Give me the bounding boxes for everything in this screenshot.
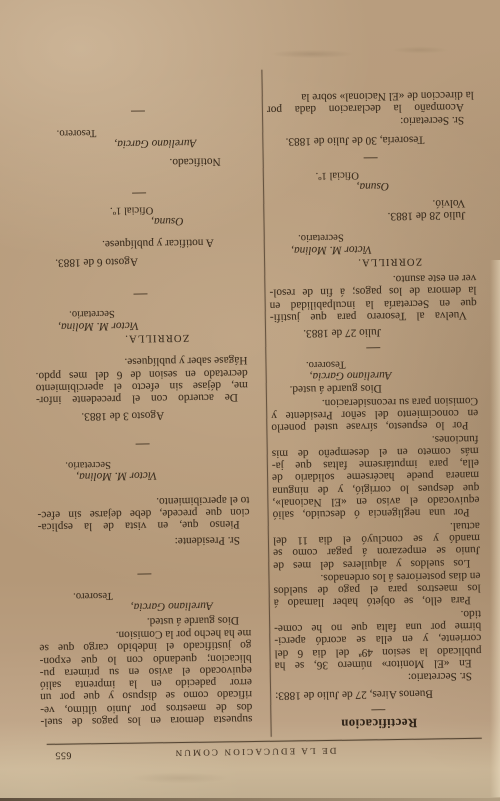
signature-name: Victor M. Molina,: [37, 469, 157, 483]
text-line: A notificar y publíquese.: [34, 236, 214, 251]
paragraph: En «El Monitor» número 36, se hapublicad…: [274, 607, 482, 671]
signature-role: Secretario.: [269, 231, 344, 244]
signature-name: Aureliano Garcia,: [271, 369, 392, 383]
official-signature: ZORRILLA.Victor M. Molina,Secretario.: [269, 229, 476, 269]
text-line: Agosto 3 de 1883.: [36, 408, 164, 422]
paragraph: Vuelva al Tesorero para que justifi-que …: [269, 272, 477, 324]
signature: Victor M. Molina,Secretario.: [37, 456, 249, 484]
signature-role: Tesorero.: [39, 589, 113, 602]
text-line: Julio 27 de 1883.: [270, 326, 381, 340]
signature-role: Oficial 1º.: [33, 203, 153, 217]
section-divider-dash: [37, 442, 249, 446]
paragraph: Pienso que, en vista de la esplica-cion …: [37, 493, 249, 533]
text-line: Dios guarde á usted.: [271, 382, 382, 396]
dash-rule: [132, 192, 146, 193]
section-divider-dash: [270, 346, 477, 350]
section-heading: Rectificacion: [275, 715, 482, 730]
dash-rule: [367, 347, 381, 348]
section-divider-dash: [33, 191, 245, 195]
signature: Aureliano Garcia,Tesorero.: [39, 587, 251, 615]
official-signature: ZORRILLA.Victor M. Molina,Secretario.: [35, 305, 247, 345]
text-line: Buenos Aires, 27 de Julio de 1883:: [275, 686, 482, 701]
text-line: Sr. Secretario:: [267, 114, 464, 129]
right-column: supuesta demora en los pagos de suel-dos…: [32, 103, 253, 734]
scanned-page-background: DE LA EDUCACION COMUN 655 RectificacionB…: [0, 0, 500, 801]
signature-role: Secretario.: [37, 458, 111, 471]
signature-name: Osuna,: [268, 180, 389, 194]
paragraph: De acuerdo con el precedente infor-me, d…: [35, 354, 248, 406]
section-divider-dash: [38, 572, 250, 576]
section-divider-dash: [275, 707, 482, 711]
signature-name: Osuna,: [33, 215, 183, 229]
paragraph: Acompaño la declaracion dada porla direc…: [267, 88, 474, 115]
dash-rule: [364, 157, 378, 158]
signature-name: Aureliano Garcia,: [39, 600, 213, 615]
text-line: Sr. Presidente:: [38, 533, 240, 548]
signature-name: Victor M. Molina,: [35, 319, 139, 333]
dash-rule: [131, 110, 145, 111]
section-divider-dash: [32, 109, 244, 113]
dash-rule: [133, 293, 147, 294]
signature-role: Secretario.: [35, 307, 115, 320]
dash-rule: [137, 573, 151, 574]
text-line: Sr. Secretario:: [275, 670, 472, 685]
official-caps-name: ZORRILLA.: [269, 254, 422, 268]
paragraph: Por lo espuesto, sírvase usted ponerloen…: [271, 394, 478, 434]
dash-rule: [372, 709, 386, 710]
signature: Aureliano Garcia,Tesorero.: [270, 355, 477, 382]
signature: Osuna,Oficial 1º.: [268, 167, 475, 194]
page-number: 655: [55, 750, 72, 761]
text-line: Notificado.: [33, 155, 221, 170]
dash-rule: [136, 443, 150, 444]
signature-name: Victor M. Molina,: [269, 243, 372, 257]
signature-role: Tesorero.: [32, 126, 96, 139]
signature: Osuna,Oficial 1º.: [33, 202, 245, 230]
signature-role: Tesorero.: [270, 357, 345, 370]
signature-role: Oficial 1º.: [268, 168, 359, 182]
signature: Aureliano Garcia,Tesorero.: [32, 124, 244, 152]
paragraph: Para ello, se objetó haber llamado álos …: [273, 569, 480, 609]
text-line: Tesorería, 30 de Julio de 1883.: [267, 133, 424, 147]
signature-name: Aureliano Garcia,: [32, 137, 196, 152]
text-line: Agosto 6 de 1883.: [34, 255, 138, 269]
printed-page-upside-down: DE LA EDUCACION COMUN 655 RectificacionB…: [0, 0, 500, 801]
running-head-title: DE LA EDUCACION COMUN: [5, 743, 500, 760]
section-divider-dash: [268, 155, 475, 159]
section-divider-dash: [35, 292, 247, 296]
left-column: RectificacionBuenos Aires, 27 de Julio d…: [267, 88, 483, 730]
paragraph: Por una negligencia ó descuido, salióequ…: [271, 432, 479, 521]
paragraph: supuesta demora en los pagos de suel-dos…: [39, 627, 252, 728]
official-caps-name: ZORRILLA.: [35, 331, 189, 345]
paragraph: Los sueldos y alquileres del mes deJunio…: [273, 519, 481, 571]
